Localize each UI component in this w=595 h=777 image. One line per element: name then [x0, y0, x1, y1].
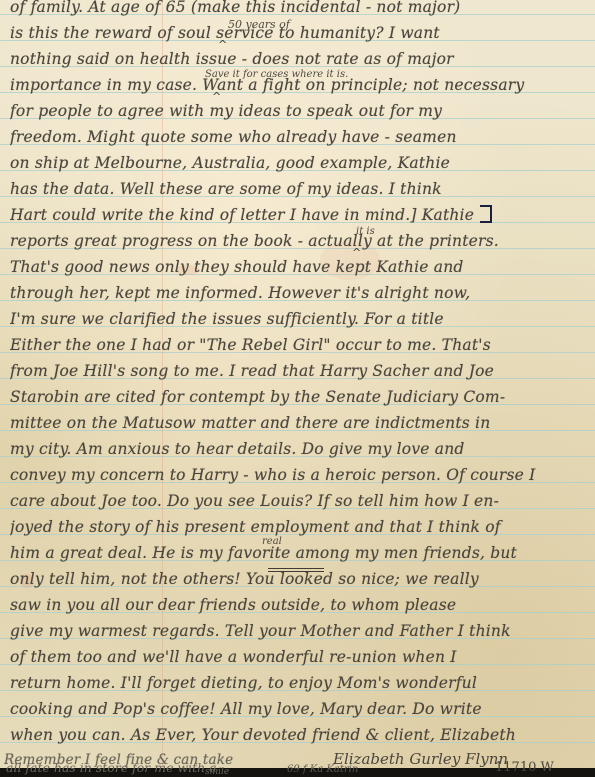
caret-mark: ^ — [218, 38, 227, 51]
letter-line: only tell him, not the others! You looke… — [10, 570, 587, 588]
letter-line: from Joe Hill's song to me. I read that … — [10, 362, 587, 380]
interlinear-insert: real — [262, 536, 282, 547]
letter-line: of them too and we'll have a wonderful r… — [10, 648, 587, 666]
postscript-line-2: all fate has in store for me with a — [6, 760, 217, 775]
letter-line: has the data. Well these are some of my … — [10, 180, 587, 198]
letter-line: my city. Am anxious to hear details. Do … — [10, 440, 587, 458]
caret-mark: ^ — [352, 246, 361, 259]
letter-line: him a great deal. He is my favorite amon… — [10, 544, 587, 562]
interlinear-insert: Save it for cases where it is. — [205, 69, 348, 80]
interlinear-insert: it is — [356, 226, 375, 237]
letter-line: saw in you all our dear friends outside,… — [10, 596, 587, 614]
letter-line: convey my concern to Harry - who is a he… — [10, 466, 587, 484]
letter-line: reports great progress on the book - act… — [10, 232, 587, 250]
letter-line: on ship at Melbourne, Australia, good ex… — [10, 154, 587, 172]
letter-line: give my warmest regards. Tell your Mothe… — [10, 622, 587, 640]
letter-line: nothing said on health issue - does not … — [10, 50, 587, 68]
closing-bracket-mark — [480, 205, 492, 223]
letter-line: return home. I'll forget dieting, to enj… — [10, 674, 587, 692]
caret-mark: ^ — [212, 90, 221, 103]
letter-line: when you can. As Ever, Your devoted frie… — [10, 726, 587, 744]
letter-line: for people to agree with my ideas to spe… — [10, 102, 587, 120]
letter-line: of family. At age of 65 (make this incid… — [10, 0, 587, 16]
letter-line: Starobin are cited for contempt by the S… — [10, 388, 587, 406]
letter-line: Hart could write the kind of letter I ha… — [10, 206, 587, 224]
signature: Elizabeth Gurley Flynn — [333, 750, 508, 768]
letter-line: cooking and Pop's coffee! All my love, M… — [10, 700, 587, 718]
letter-line: joyed the story of his present employmen… — [10, 518, 587, 536]
letter-line: mittee on the Matusow matter and there a… — [10, 414, 587, 432]
interlinear-insert: 50 years of — [228, 18, 290, 31]
letter-line: freedom. Might quote some who already ha… — [10, 128, 587, 146]
inmate-number: 11710 W — [495, 760, 554, 775]
double-underline — [268, 568, 324, 572]
letter-line: I'm sure we clarified the issues suffici… — [10, 310, 587, 328]
archival-note: 69 f Ka Katrin — [287, 764, 358, 775]
letter-line: Either the one I had or "The Rebel Girl"… — [10, 336, 587, 354]
letter-line: through her, kept me informed. However i… — [10, 284, 587, 302]
letter-page: of family. At age of 65 (make this incid… — [0, 0, 595, 768]
postscript-line-3: smile — [205, 767, 229, 777]
letter-line: care about Joe too. Do you see Louis? If… — [10, 492, 587, 510]
letter-line: is this the reward of soul service to hu… — [10, 24, 587, 42]
letter-line: That's good news only they should have k… — [10, 258, 587, 276]
